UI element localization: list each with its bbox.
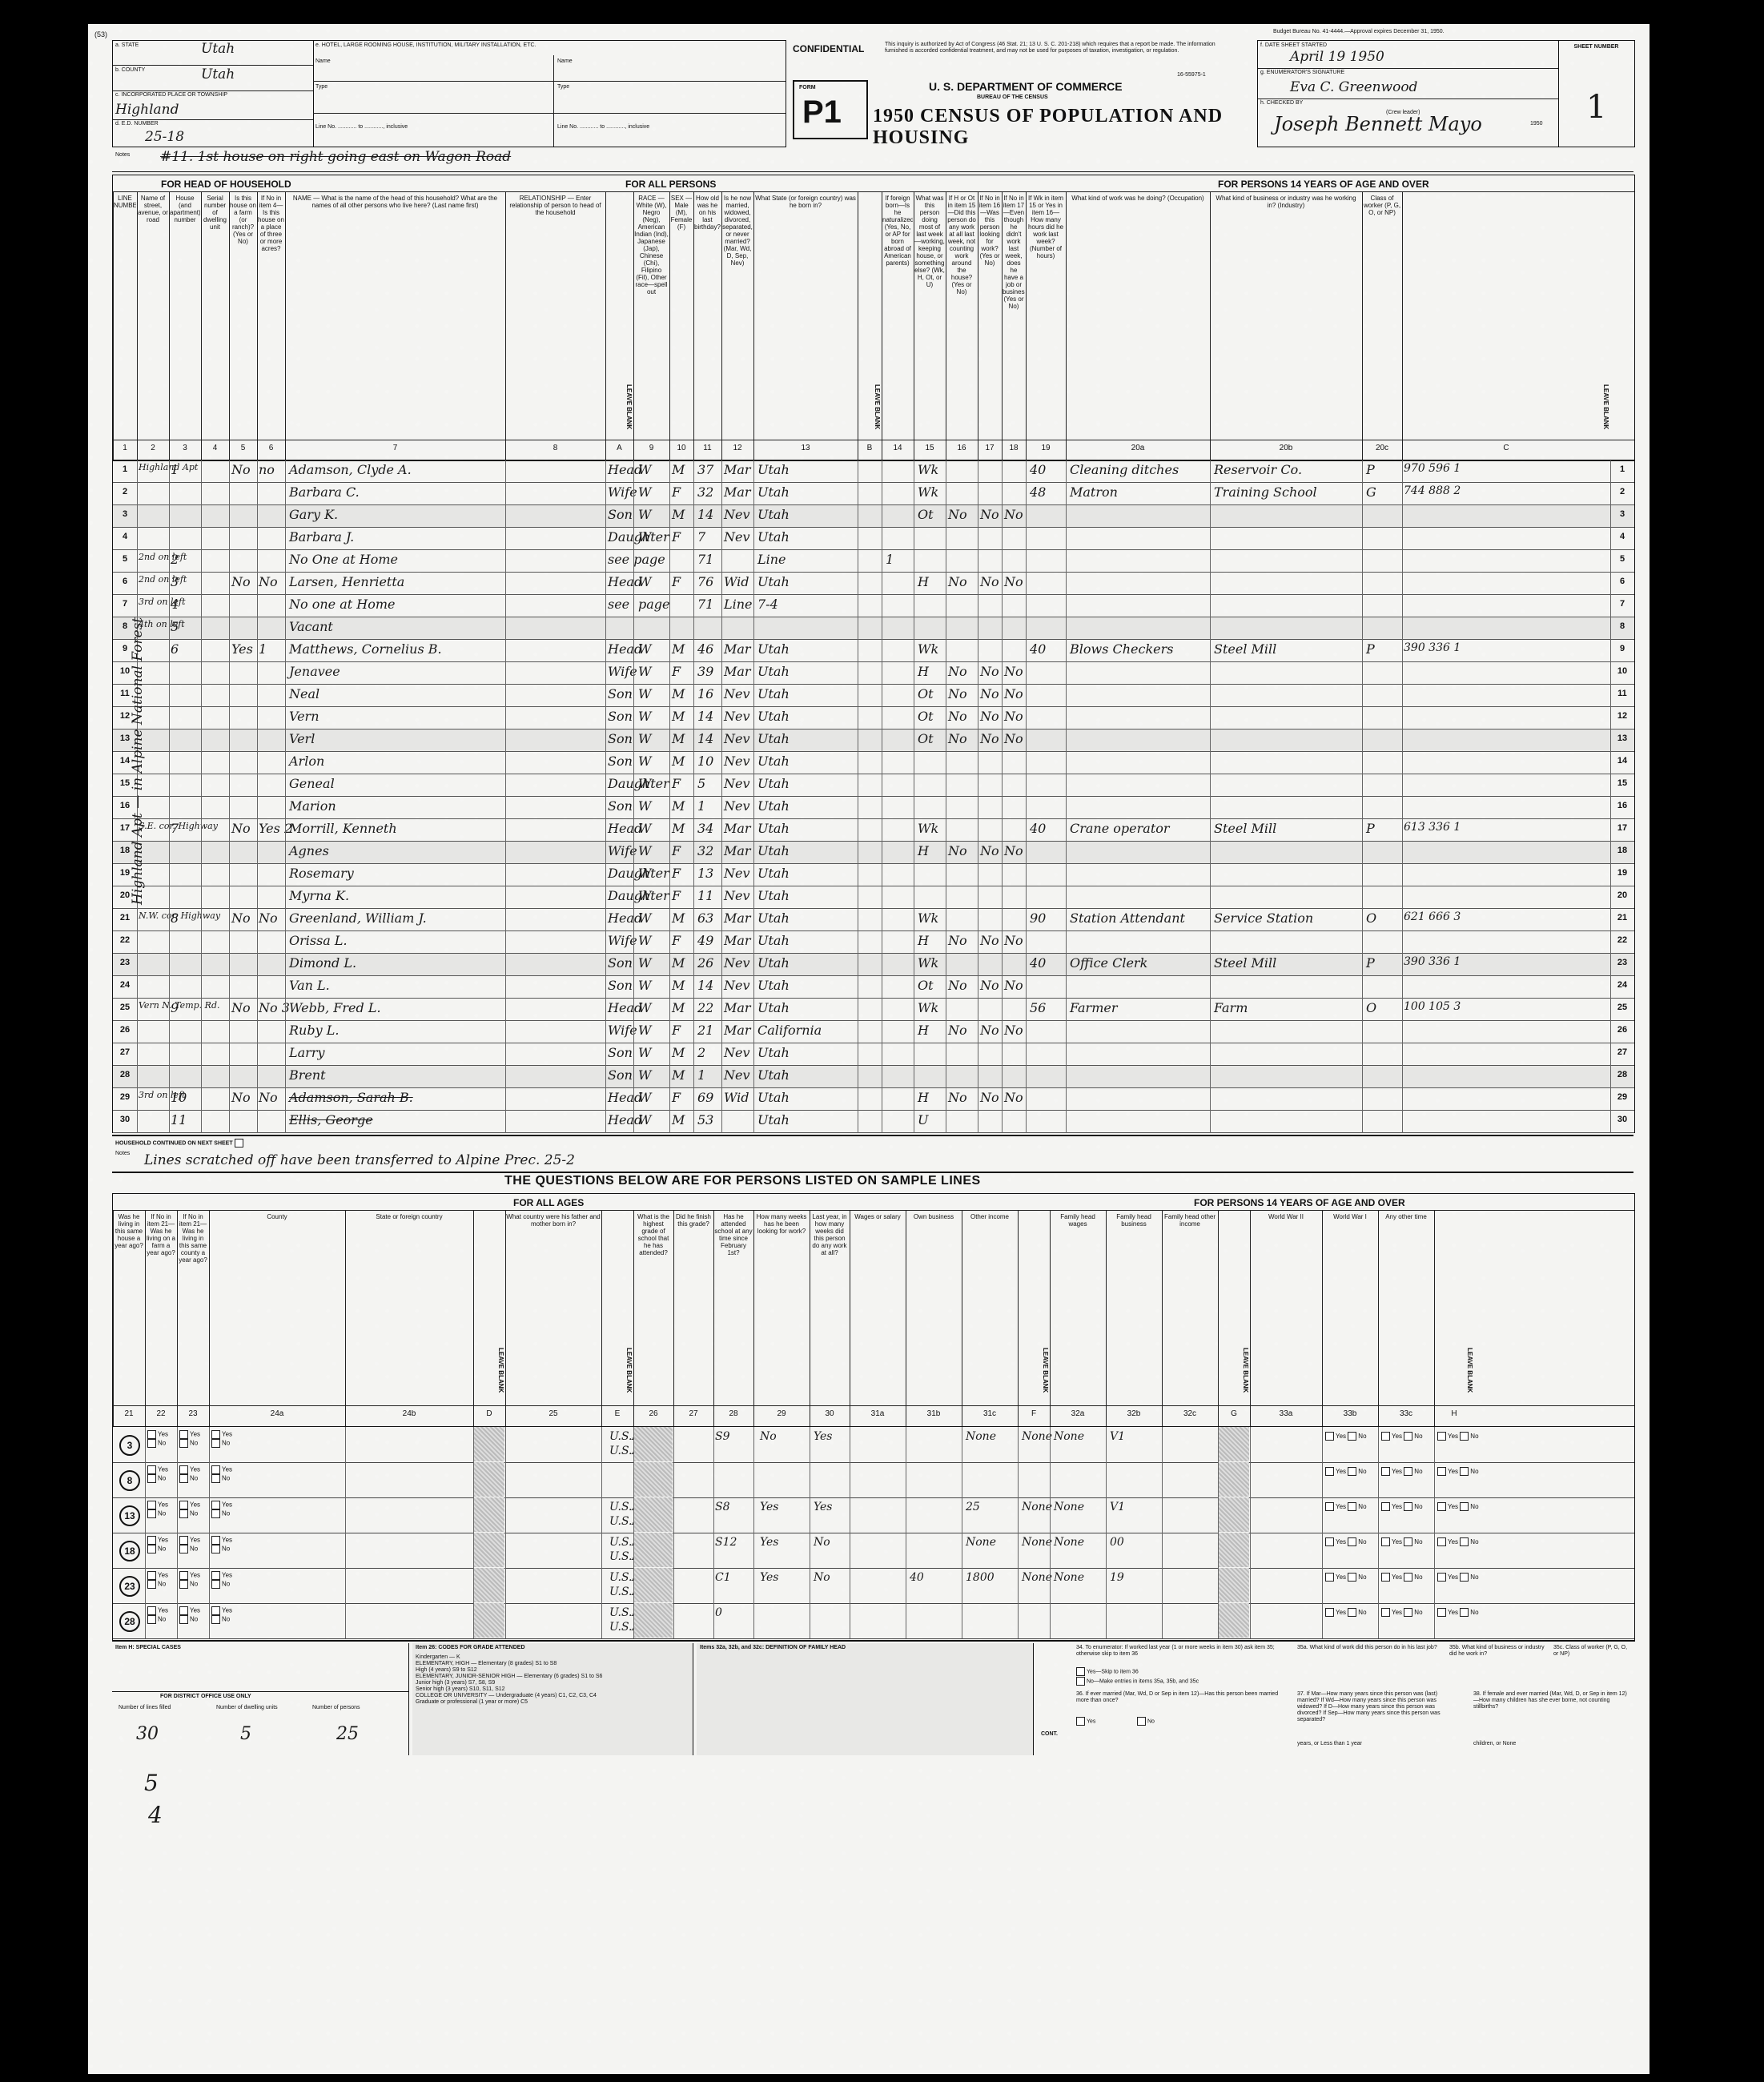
yes-checkbox[interactable]: Yes	[179, 1465, 200, 1474]
cell-marital: Nev	[724, 686, 750, 701]
cell-age: 39	[697, 664, 713, 679]
cell-class: P	[1366, 462, 1375, 477]
cell-race: W	[638, 507, 651, 522]
cell-hours: 90	[1030, 910, 1046, 926]
continued-notes-text: Lines scratched off have been transferre…	[144, 1152, 575, 1168]
military-checkbox-group: Yes No	[1325, 1467, 1367, 1476]
cell-acres: no	[259, 462, 275, 477]
no-checkbox[interactable]: No	[1460, 1468, 1478, 1475]
no-checkbox[interactable]: No	[1404, 1433, 1422, 1440]
column-header-3: House (and apartment) number	[170, 195, 200, 435]
cell-marital: Wid	[724, 574, 749, 589]
line-number: 27	[116, 1047, 134, 1057]
cell-name: Larry	[289, 1045, 325, 1060]
line-number-right: 14	[1613, 756, 1631, 766]
yes-checkbox[interactable]: Yes	[211, 1501, 232, 1509]
column-number-14: 14	[882, 444, 913, 452]
cell-birthplace: Utah	[757, 933, 790, 948]
column-number-5: 5	[230, 444, 256, 452]
section-head-of-household: FOR HEAD OF HOUSEHOLD	[161, 179, 291, 190]
cell-age: 76	[697, 574, 713, 589]
sample-column-header-24a: County	[210, 1213, 344, 1402]
yes-checkbox[interactable]: Yes	[1325, 1609, 1346, 1616]
cell-activity: Ot	[918, 507, 934, 522]
department-name: U. S. DEPARTMENT OF COMMERCE	[929, 80, 1123, 93]
sample-column-header-33a: World War II	[1251, 1213, 1321, 1402]
table-row: 1515GenealDaughterWF5NevUtah	[113, 774, 1634, 797]
cell-age: 1	[697, 798, 705, 814]
cell-sex: M	[672, 731, 685, 746]
table-row: 884th on left5Vacant	[113, 617, 1634, 640]
cell-relationship: Son	[608, 798, 633, 814]
checkbox-group-23: YesNo	[211, 1465, 232, 1483]
yes-checkbox[interactable]: Yes	[1325, 1538, 1346, 1545]
census-rows: 11Highland Apt1NonoAdamson, Clyde A.Head…	[112, 460, 1635, 1133]
cell-age: 14	[697, 507, 713, 522]
yes-checkbox[interactable]: Yes	[1437, 1574, 1458, 1581]
column-number-19: 19	[1027, 444, 1065, 452]
county-value: Utah	[201, 66, 235, 82]
cell-birthplace: Utah	[757, 821, 790, 836]
sample-column-number-29: 29	[754, 1410, 809, 1417]
cell-sex: M	[672, 641, 685, 657]
yes-checkbox[interactable]: Yes	[1381, 1468, 1402, 1475]
cell-work_any: No	[948, 933, 967, 948]
cell-age: 22	[697, 1000, 713, 1015]
no-checkbox[interactable]: No	[147, 1439, 168, 1448]
leave-blank-g	[1219, 1462, 1249, 1497]
sample-cell-finished: Yes	[760, 1571, 779, 1584]
yes-checkbox[interactable]: Yes	[147, 1430, 168, 1439]
cell-activity: Wk	[918, 821, 938, 836]
cell-race: W	[638, 462, 651, 477]
yes-checkbox[interactable]: Yes	[211, 1536, 232, 1545]
cell-race: W	[638, 529, 651, 545]
cell-marital: Mar	[724, 641, 751, 657]
yes-checkbox[interactable]: Yes	[147, 1536, 168, 1545]
line-number-right: 11	[1613, 689, 1631, 698]
cell-street: N.W. cor. Highway	[139, 910, 220, 921]
cell-marital: Nev	[724, 529, 750, 545]
cell-has_job: No	[1004, 843, 1023, 858]
yes-checkbox[interactable]: Yes	[211, 1465, 232, 1474]
yes-checkbox[interactable]: Yes	[179, 1430, 200, 1439]
column-header-20b: What kind of business or industry was he…	[1211, 195, 1361, 435]
yes-checkbox[interactable]: Yes	[179, 1571, 200, 1580]
no-checkbox[interactable]: No	[179, 1509, 200, 1518]
yes-checkbox[interactable]: Yes	[1381, 1538, 1402, 1545]
column-number-8: 8	[506, 444, 605, 452]
column-header-5: Is this house on a farm (or ranch)? (Yes…	[230, 195, 256, 435]
cell-work_any: No	[948, 731, 967, 746]
cell-industry: Training School	[1214, 484, 1317, 500]
enumerator-label: g. ENUMERATOR'S SIGNATURE	[1260, 70, 1344, 76]
table-row: 2121N.W. cor. Highway8NoNoGreenland, Wil…	[113, 909, 1634, 931]
yes-checkbox[interactable]: Yes	[211, 1571, 232, 1580]
no-checkbox[interactable]: No	[1404, 1609, 1422, 1616]
no-checkbox[interactable]: No	[1348, 1574, 1366, 1581]
sheet-number-label: SHEET NUMBER	[1562, 44, 1630, 50]
cell-name: Webb, Fred L.	[289, 1000, 381, 1015]
yes-checkbox[interactable]: Yes	[1381, 1574, 1402, 1581]
cell-birthplace: Utah	[757, 866, 790, 881]
cell-race: W	[638, 754, 651, 769]
no-checkbox[interactable]: No	[211, 1439, 232, 1448]
checkbox-group-23: YesNo	[211, 1430, 232, 1448]
ed-value: 25-18	[145, 129, 184, 145]
cell-house: 7	[171, 821, 179, 836]
cell-marital: Wid	[724, 1090, 749, 1105]
hotel-type-label: Type	[315, 84, 327, 90]
cell-activity: Wk	[918, 1000, 938, 1015]
sample-cell-wages: None	[966, 1536, 996, 1549]
cell-birthplace: Utah	[757, 574, 790, 589]
military-checkbox-group: Yes No	[1437, 1608, 1479, 1617]
q36-no[interactable]: No	[1137, 1717, 1155, 1726]
sample-column-header-D: LEAVE BLANK	[474, 1338, 504, 1402]
line-number-right: 6	[1613, 577, 1631, 586]
line-number: 24	[116, 980, 134, 990]
cell-industry: Service Station	[1214, 910, 1313, 926]
cell-age: 32	[697, 843, 713, 858]
line-number: 29	[116, 1092, 134, 1102]
cell-has_job: No	[1004, 574, 1023, 589]
leave-blank-d	[474, 1603, 504, 1638]
line-number-right: 13	[1613, 734, 1631, 743]
cell-activity: H	[918, 933, 929, 948]
cell-name: Morrill, Kenneth	[289, 821, 397, 836]
place-label: c. INCORPORATED PLACE OR TOWNSHIP	[115, 92, 227, 98]
q34-option-yes[interactable]: Yes—Skip to item 36	[1076, 1667, 1139, 1676]
cell-sex: F	[672, 484, 681, 500]
column-number-20a: 20a	[1067, 444, 1209, 452]
table-row: 1818AgnesWifeWF32MarUtahHNoNoNo	[113, 842, 1634, 864]
sample-cell-grade: S8	[715, 1501, 730, 1513]
notes-label: Notes	[115, 152, 130, 159]
section-persons-14: FOR PERSONS 14 YEARS OF AGE AND OVER	[1218, 179, 1429, 190]
leave-blank-e	[634, 1533, 673, 1567]
no-checkbox[interactable]: No	[1348, 1503, 1366, 1510]
no-checkbox[interactable]: No	[211, 1615, 232, 1624]
no-checkbox[interactable]: No	[1460, 1503, 1478, 1510]
checkbox-group-21: YesNo	[147, 1571, 168, 1589]
line-number-right: 28	[1613, 1070, 1631, 1079]
yes-checkbox[interactable]: Yes	[179, 1536, 200, 1545]
cell-sex: F	[672, 888, 681, 903]
cell-birthplace: Utah	[757, 641, 790, 657]
grade-code-item: Graduate or professional (1 year or more…	[416, 1699, 688, 1706]
household-continued-row: HOUSEHOLD CONTINUED ON NEXT SHEET Notes …	[112, 1135, 1633, 1173]
no-checkbox[interactable]: No	[211, 1545, 232, 1553]
lines-filled-value: 30	[136, 1724, 159, 1744]
no-checkbox[interactable]: No	[1348, 1609, 1366, 1616]
cell-relationship: Son	[608, 1067, 633, 1083]
column-header-13: What State (or foreign country) was he b…	[754, 195, 857, 435]
cell-name: Van L.	[289, 978, 330, 993]
cell-codes: 970 596 1	[1404, 462, 1461, 475]
yes-checkbox[interactable]: Yes	[211, 1606, 232, 1615]
no-checkbox[interactable]: No	[1404, 1503, 1422, 1510]
yes-checkbox[interactable]: Yes	[1437, 1538, 1458, 1545]
column-number-10: 10	[670, 444, 693, 452]
cell-relationship: Son	[608, 686, 633, 701]
sample-column-header-30: Last year, in how many weeks did this pe…	[810, 1213, 849, 1402]
yes-checkbox[interactable]: Yes	[147, 1465, 168, 1474]
sample-cell-finished: No	[760, 1430, 777, 1443]
cell-age: 63	[697, 910, 713, 926]
yes-checkbox[interactable]: Yes	[179, 1501, 200, 1509]
sample-cell-finished: Yes	[760, 1501, 779, 1513]
cell-race: W	[638, 574, 651, 589]
cell-birthplace: Utah	[757, 664, 790, 679]
no-checkbox[interactable]: No	[211, 1580, 232, 1589]
grade-code-item: ELEMENTARY, HIGH — Elementary (8 grades)…	[416, 1661, 688, 1667]
no-checkbox[interactable]: No	[179, 1545, 200, 1553]
column-header-18: If No in item 17—Even though he didn't w…	[1003, 195, 1025, 435]
cell-marital: Nev	[724, 776, 750, 791]
cell-race: W	[638, 1023, 651, 1038]
cell-has_job: No	[1004, 731, 1023, 746]
checkbox-group-23: YesNo	[211, 1536, 232, 1553]
sample-cell-business: None	[1022, 1571, 1052, 1584]
no-checkbox[interactable]: No	[147, 1509, 168, 1518]
column-number-13: 13	[754, 444, 857, 452]
line-number-right: 10	[1613, 666, 1631, 676]
cell-relationship: see page	[608, 552, 665, 567]
sample-column-number-24b: 24b	[346, 1410, 472, 1417]
cell-name: Ruby L.	[289, 1023, 339, 1038]
leave-blank-g	[1219, 1568, 1249, 1602]
cell-sex: F	[672, 664, 681, 679]
cell-name: Adamson, Clyde A.	[289, 462, 412, 477]
cell-name: Brent	[289, 1067, 326, 1083]
table-row: 22Barbara C.WifeWF32MarUtahWk48MatronTra…	[113, 483, 1634, 505]
no-checkbox[interactable]: No	[147, 1615, 168, 1624]
cell-marital: Nev	[724, 798, 750, 814]
cell-industry: Steel Mill	[1214, 641, 1276, 657]
sample-cell-attended: No	[814, 1571, 830, 1584]
grade-codes-list: Kindergarten — KELEMENTARY, HIGH — Eleme…	[416, 1654, 688, 1706]
cell-acres: No	[259, 574, 278, 589]
no-checkbox[interactable]: No	[1404, 1468, 1422, 1475]
state-value: Utah	[201, 41, 235, 57]
sample-column-header-G: LEAVE BLANK	[1219, 1338, 1249, 1402]
cell-hours: 48	[1030, 484, 1046, 500]
yes-checkbox[interactable]: Yes	[1325, 1574, 1346, 1581]
cell-sex: F	[672, 866, 681, 881]
sheet-number-value: 1	[1586, 89, 1606, 126]
location-fields: a. STATE Utah b. COUNTY Utah c. INCORPOR…	[113, 41, 314, 147]
yes-checkbox[interactable]: Yes	[1325, 1503, 1346, 1510]
footer-instructions: Item H: SPECIAL CASES FOR DISTRICT OFFIC…	[112, 1643, 1633, 1755]
no-checkbox[interactable]: No	[179, 1615, 200, 1624]
hotel-fields: e. HOTEL, LARGE ROOMING HOUSE, INSTITUTI…	[313, 41, 786, 147]
sample-column-header-25: What country were his father and mother …	[506, 1213, 601, 1402]
no-checkbox[interactable]: No	[1348, 1433, 1366, 1440]
no-checkbox[interactable]: No	[1404, 1538, 1422, 1545]
cell-race: W	[638, 709, 651, 724]
cell-house: 9	[171, 1000, 179, 1015]
question-38: 38. If female and ever married (Mar, Wd,…	[1473, 1691, 1629, 1710]
leave-blank-d	[474, 1427, 504, 1461]
checkbox-group-22: YesNo	[179, 1571, 200, 1589]
yes-checkbox[interactable]: Yes	[1437, 1468, 1458, 1475]
no-checkbox[interactable]: No	[147, 1474, 168, 1483]
cell-hours: 56	[1030, 1000, 1046, 1015]
sample-column-number-21: 21	[114, 1410, 144, 1417]
cell-work_any: No	[948, 574, 967, 589]
cell-race: W	[638, 1045, 651, 1060]
no-checkbox[interactable]: No	[1348, 1538, 1366, 1545]
cell-relationship: Son	[608, 955, 633, 971]
yes-checkbox[interactable]: Yes	[147, 1571, 168, 1580]
cell-occupation: Office Clerk	[1070, 955, 1147, 971]
cell-birthplace: Utah	[757, 1067, 790, 1083]
column-header-9: RACE — White (W), Negro (Neg), American …	[634, 195, 669, 435]
sample-row: 3YesNoYesNoYesNoU.S.A.U.S.A.S9NoYesNoneN…	[113, 1427, 1634, 1463]
column-header-10: SEX — Male (M), Female (F)	[670, 195, 693, 435]
table-row: 2727LarrySonWM2NevUtah	[113, 1043, 1634, 1066]
grade-code-item: COLLEGE OR UNIVERSITY — Undergraduate (4…	[416, 1693, 688, 1699]
hotel-name-label-2: Name	[557, 58, 573, 65]
no-checkbox[interactable]: No	[211, 1474, 232, 1483]
line-number: 26	[116, 1025, 134, 1035]
cell-looking: No	[980, 1090, 999, 1105]
cell-activity: H	[918, 1023, 929, 1038]
table-row: 1717S.E. cor. Highway7NoYes 2Morrill, Ke…	[113, 819, 1634, 842]
cell-house: 1	[171, 462, 179, 477]
yes-checkbox[interactable]: Yes	[1325, 1468, 1346, 1475]
q34-option-no[interactable]: No—Make entries in items 35a, 35b, and 3…	[1076, 1677, 1199, 1686]
cell-marital: Mar	[724, 933, 751, 948]
cell-race: W	[638, 910, 651, 926]
table-row: 1010JenaveeWifeWF39MarUtahHNoNoNo	[113, 662, 1634, 685]
yes-checkbox[interactable]: Yes	[1437, 1609, 1458, 1616]
leave-blank-e	[634, 1603, 673, 1638]
sample-column-header-33b: World War I	[1323, 1213, 1377, 1402]
no-checkbox[interactable]: No	[179, 1474, 200, 1483]
q36-yes[interactable]: Yes	[1076, 1717, 1095, 1726]
yes-checkbox[interactable]: Yes	[1381, 1503, 1402, 1510]
sample-line-number: 28	[119, 1611, 140, 1632]
cell-name: Myrna K.	[289, 888, 349, 903]
no-checkbox[interactable]: No	[147, 1545, 168, 1553]
line-number-right: 24	[1613, 980, 1631, 990]
cell-name: Gary K.	[289, 507, 338, 522]
checkbox-group-22: YesNo	[179, 1465, 200, 1483]
cell-race: W	[638, 664, 651, 679]
sample-cell-code_f: V1	[1110, 1501, 1125, 1513]
no-checkbox[interactable]: No	[1404, 1574, 1422, 1581]
cell-age: 53	[697, 1112, 713, 1127]
military-checkbox-group: Yes No	[1381, 1467, 1423, 1476]
no-checkbox[interactable]: No	[179, 1580, 200, 1589]
no-checkbox[interactable]: No	[147, 1580, 168, 1589]
cell-activity: U	[918, 1112, 928, 1127]
sample-column-header-28: Has he attended school at any time since…	[714, 1213, 753, 1402]
bureau-name: BUREAU OF THE CENSUS	[977, 94, 1048, 101]
cell-marital: Nev	[724, 1045, 750, 1060]
checkbox-group-21: YesNo	[147, 1606, 168, 1624]
yes-checkbox[interactable]: Yes	[147, 1501, 168, 1509]
yes-checkbox[interactable]: Yes	[1381, 1433, 1402, 1440]
cell-farm: Yes	[231, 641, 253, 657]
cell-industry: Steel Mill	[1214, 821, 1276, 836]
yes-checkbox[interactable]: Yes	[1437, 1433, 1458, 1440]
column-header-20a: What kind of work was he doing? (Occupat…	[1067, 195, 1209, 435]
sample-section-all-ages: FOR ALL AGES	[513, 1197, 584, 1208]
grade-codes-title: Item 26: CODES FOR GRADE ATTENDED	[416, 1645, 525, 1651]
no-checkbox[interactable]: No	[211, 1509, 232, 1518]
county-label: b. COUNTY	[115, 67, 145, 74]
column-number-4: 4	[202, 444, 228, 452]
census-sheet: Budget Bureau No. 41-4444.—Approval expi…	[88, 24, 1649, 2074]
cell-name: Adamson, Sarah B.	[289, 1090, 413, 1105]
line-number-right: 15	[1613, 778, 1631, 788]
cell-looking: No	[980, 574, 999, 589]
sample-cell-other: None	[1054, 1571, 1084, 1584]
sample-column-header-29: How many weeks has he been looking for w…	[754, 1213, 809, 1402]
checkbox-group-23: YesNo	[211, 1606, 232, 1624]
cell-codes: 621 666 3	[1404, 910, 1461, 923]
cell-house: 11	[171, 1112, 187, 1127]
header-right-block: f. DATE SHEET STARTED April 19 1950 g. E…	[1257, 40, 1635, 147]
line-number-right: 5	[1613, 554, 1631, 564]
yes-checkbox[interactable]: Yes	[211, 1430, 232, 1439]
no-checkbox[interactable]: No	[1460, 1609, 1478, 1616]
no-checkbox[interactable]: No	[1460, 1433, 1478, 1440]
cell-activity: Wk	[918, 641, 938, 657]
column-header-4: Serial number of dwelling unit	[202, 195, 228, 435]
cell-marital: Line	[724, 597, 753, 612]
column-header-8: RELATIONSHIP — Enter relationship of per…	[506, 195, 605, 435]
cell-age: 26	[697, 955, 713, 971]
yes-checkbox[interactable]: Yes	[179, 1606, 200, 1615]
cell-sex: F	[672, 933, 681, 948]
no-checkbox[interactable]: No	[1460, 1574, 1478, 1581]
special-cases-title: Item H: SPECIAL CASES	[115, 1645, 181, 1651]
no-checkbox[interactable]: No	[1460, 1538, 1478, 1545]
cell-has_job: No	[1004, 686, 1023, 701]
cell-occupation: Crane operator	[1070, 821, 1170, 836]
table-row: 773rd on left4No one at Homeseepage71Lin…	[113, 595, 1634, 617]
yes-checkbox[interactable]: Yes	[1325, 1433, 1346, 1440]
cell-acres: No	[259, 910, 278, 926]
cell-race: W	[638, 731, 651, 746]
cont-label: CONT.	[1041, 1731, 1058, 1738]
no-checkbox[interactable]: No	[179, 1439, 200, 1448]
form-title: 1950 CENSUS OF POPULATION AND HOUSING	[873, 106, 1241, 149]
cell-activity: Wk	[918, 484, 938, 500]
sample-column-number-33a: 33a	[1251, 1410, 1321, 1417]
cell-sex: F	[672, 1023, 681, 1038]
cell-age: 1	[697, 1067, 705, 1083]
yes-checkbox[interactable]: Yes	[1437, 1503, 1458, 1510]
leave-blank-g	[1219, 1603, 1249, 1638]
cell-activity: Wk	[918, 955, 938, 971]
hotel-label: e. HOTEL, LARGE ROOMING HOUSE, INSTITUTI…	[315, 42, 536, 49]
leave-blank-d	[474, 1568, 504, 1602]
no-checkbox[interactable]: No	[1348, 1468, 1366, 1475]
sample-column-number-23: 23	[178, 1410, 208, 1417]
cell-birthplace: Utah	[757, 955, 790, 971]
cell-sex: F	[672, 529, 681, 545]
sample-line-number: 8	[119, 1470, 140, 1491]
yes-checkbox[interactable]: Yes	[147, 1606, 168, 1615]
military-checkbox-group: Yes No	[1325, 1608, 1367, 1617]
cell-class: P	[1366, 641, 1375, 657]
yes-checkbox[interactable]: Yes	[1381, 1609, 1402, 1616]
